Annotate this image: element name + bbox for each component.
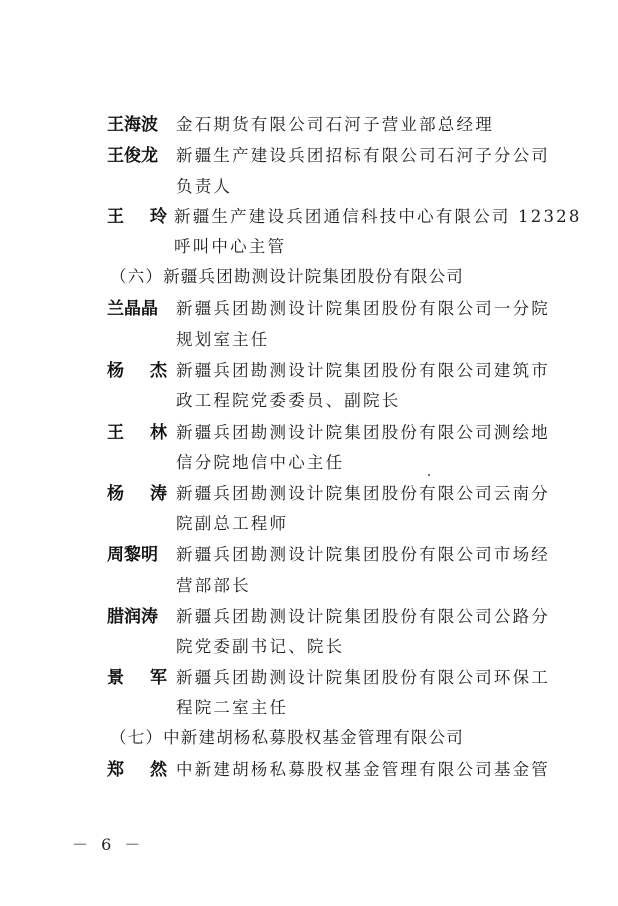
position-text: 新疆兵团勘测设计院集团股份有限公司建筑市 (176, 356, 550, 386)
entry-continuation: 院党委副书记、院长 (0, 632, 618, 662)
entry-row: 王俊龙 新疆生产建设兵团招标有限公司石河子分公司 (0, 141, 618, 171)
page-number: － 6 － (72, 832, 144, 855)
position-text: 新疆兵团勘测设计院集团股份有限公司一分院 (176, 294, 550, 324)
position-text: 新疆兵团勘测设计院集团股份有限公司环保工 (176, 663, 550, 693)
entry-continuation: 程院二室主任 (0, 693, 618, 723)
person-name: 腊润涛 (107, 602, 167, 632)
position-text: 中新建胡杨私募股权基金管理有限公司基金管 (176, 755, 550, 785)
position-text: 新疆兵团勘测设计院集团股份有限公司云南分 (176, 479, 550, 509)
entry-row: 周黎明 新疆兵团勘测设计院集团股份有限公司市场经 (0, 540, 618, 570)
entry-row: 杨 涛 新疆兵团勘测设计院集团股份有限公司云南分 (0, 479, 618, 509)
position-text-continued: 营部部长 (176, 571, 251, 601)
position-text-continued: 政工程院党委委员、副院长 (176, 386, 400, 416)
person-name: 王俊龙 (107, 141, 167, 171)
entry-continuation: 呼叫中心主管 (0, 232, 618, 262)
section-heading: （六）新疆兵团勘测设计院集团股份有限公司 (0, 262, 618, 292)
entry-row: 王 林 新疆兵团勘测设计院集团股份有限公司测绘地 (0, 418, 618, 448)
position-text-continued: 负责人 (176, 172, 232, 202)
position-text: 新疆兵团勘测设计院集团股份有限公司公路分 (176, 602, 550, 632)
position-text: 新疆生产建设兵团招标有限公司石河子分公司 (176, 141, 550, 171)
position-text: 新疆兵团勘测设计院集团股份有限公司测绘地 (176, 418, 550, 448)
person-name: 周黎明 (107, 540, 167, 570)
scan-speck (428, 474, 430, 476)
entry-continuation: 规划室主任 (0, 325, 618, 355)
entry-continuation: 负责人 (0, 172, 618, 202)
entry-row: 景 军 新疆兵团勘测设计院集团股份有限公司环保工 (0, 663, 618, 693)
entry-row: 兰晶晶 新疆兵团勘测设计院集团股份有限公司一分院 (0, 294, 618, 324)
position-text-continued: 信分院地信中心主任 (176, 448, 344, 478)
position-text-continued: 院党委副书记、院长 (176, 632, 344, 662)
entry-row: 王 玲 新疆生产建设兵团通信科技中心有限公司 12328 (0, 202, 618, 232)
section-title: （七）中新建胡杨私募股权基金管理有限公司 (110, 723, 464, 753)
position-text-continued: 程院二室主任 (176, 693, 288, 723)
person-name: 王海波 (107, 110, 167, 140)
position-text: 新疆兵团勘测设计院集团股份有限公司市场经 (176, 540, 550, 570)
entry-continuation: 政工程院党委委员、副院长 (0, 386, 618, 416)
position-text-continued: 院副总工程师 (176, 509, 288, 539)
person-name: 兰晶晶 (107, 294, 167, 324)
entry-continuation: 院副总工程师 (0, 509, 618, 539)
document-page: 王海波 金石期货有限公司石河子营业部总经理 王俊龙 新疆生产建设兵团招标有限公司… (0, 0, 618, 906)
position-text-continued: 呼叫中心主管 (174, 232, 286, 262)
entry-row: 杨 杰 新疆兵团勘测设计院集团股份有限公司建筑市 (0, 356, 618, 386)
position-text: 金石期货有限公司石河子营业部总经理 (176, 110, 494, 140)
section-title: （六）新疆兵团勘测设计院集团股份有限公司 (110, 262, 464, 292)
entry-row: 腊润涛 新疆兵团勘测设计院集团股份有限公司公路分 (0, 602, 618, 632)
entry-continuation: 信分院地信中心主任 (0, 448, 618, 478)
entry-row: 郑 然 中新建胡杨私募股权基金管理有限公司基金管 (0, 755, 618, 785)
position-text-continued: 规划室主任 (176, 325, 270, 355)
position-text: 新疆生产建设兵团通信科技中心有限公司 12328 (174, 202, 582, 232)
entry-continuation: 营部部长 (0, 571, 618, 601)
section-heading: （七）中新建胡杨私募股权基金管理有限公司 (0, 723, 618, 753)
entry-row: 王海波 金石期货有限公司石河子营业部总经理 (0, 110, 618, 140)
